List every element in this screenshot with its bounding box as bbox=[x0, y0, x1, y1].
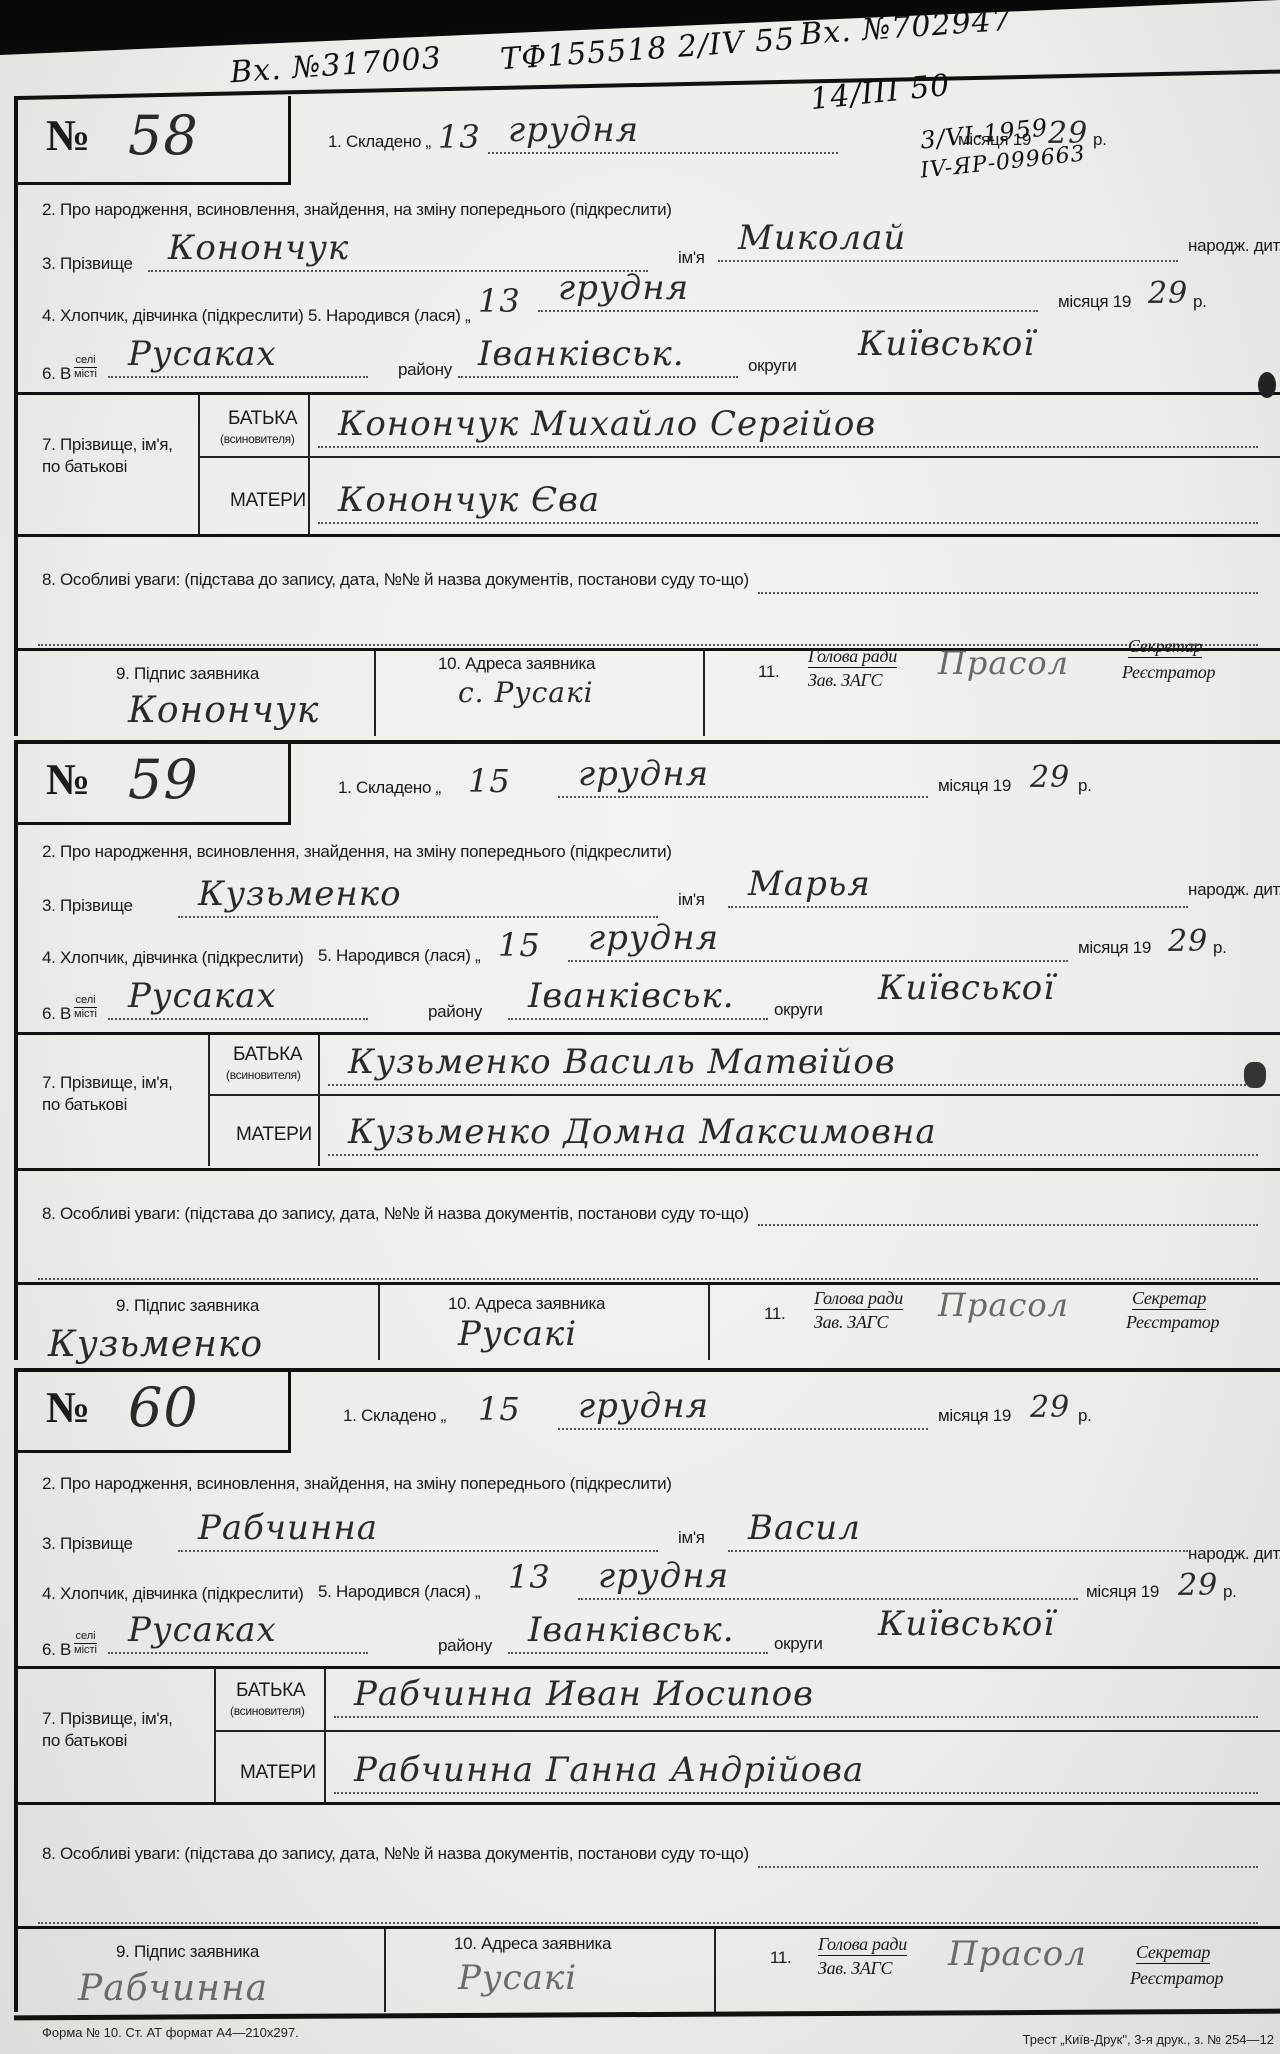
address-label: 10. Адреса заявника bbox=[454, 1934, 611, 1954]
registrar-label: Реєстратор bbox=[1126, 1312, 1219, 1333]
born-child-label: народж. дит. bbox=[1188, 236, 1280, 256]
born-day: 13 bbox=[478, 282, 521, 320]
head-signature: Прасол bbox=[938, 1286, 1069, 1324]
born-month: грудня bbox=[598, 1556, 729, 1596]
village-city-fraction: селі місті bbox=[74, 1630, 97, 1657]
surname-value: Рабчинна bbox=[198, 1508, 378, 1548]
record-number: 60 bbox=[128, 1376, 199, 1439]
registrar-label: Реєстратор bbox=[1130, 1968, 1223, 1989]
born-child-label: народж. дит. bbox=[1188, 880, 1280, 900]
form-footer-left: Форма № 10. Ст. АТ формат А4—210х297. bbox=[42, 2025, 299, 2040]
okrug-value: Київської bbox=[858, 324, 1035, 364]
born-label: 5. Народився (лася) „ bbox=[318, 1582, 480, 1602]
record-number: 59 bbox=[128, 748, 199, 811]
year-suffix: р. bbox=[1078, 1406, 1092, 1426]
father-label: БАТЬКА bbox=[233, 1044, 302, 1066]
village-label: селі bbox=[74, 994, 97, 1008]
surname-value: Кузьменко bbox=[198, 874, 402, 914]
record-60: № 60 1. Складено „ 15 грудня місяця 19 2… bbox=[14, 1368, 1280, 2012]
record-type-label: 2. Про народження, всиновлення, знайденн… bbox=[42, 842, 672, 862]
record-number: 58 bbox=[128, 104, 199, 167]
year-suffix: р. bbox=[1223, 1582, 1237, 1602]
number-sign: № bbox=[46, 110, 90, 161]
notes-label: 8. Особливі уваги: (підстава до запису, … bbox=[42, 570, 749, 590]
district-label: району bbox=[428, 1002, 482, 1022]
mother-label: МАТЕРИ bbox=[236, 1124, 312, 1146]
month-year-label: місяця 19 bbox=[958, 130, 1031, 150]
village-label: селі bbox=[74, 354, 97, 368]
district-label: району bbox=[398, 360, 452, 380]
applicant-signature: Кузьменко bbox=[48, 1324, 263, 1365]
parents-label: 7. Прізвище, ім'я, по батькові bbox=[42, 1708, 192, 1752]
city-label: місті bbox=[74, 368, 97, 381]
secretary-label: Секретар bbox=[1132, 1288, 1206, 1310]
applicant-signature: Конончук bbox=[128, 690, 319, 731]
composed-month: грудня bbox=[508, 110, 639, 150]
born-label: 5. Народився (лася) „ bbox=[318, 946, 480, 966]
name-label: ім'я bbox=[678, 1528, 705, 1548]
official-number: 11. bbox=[758, 662, 779, 682]
in-label: 6. В bbox=[42, 364, 71, 384]
secretary-label: Секретар bbox=[1128, 636, 1202, 658]
register-page: Вх. №317003 ТФ155518 2/IV 55 Вх. №702947… bbox=[0, 0, 1280, 2054]
okrug-value: Київської bbox=[878, 1604, 1055, 1644]
born-year: 29 bbox=[1178, 1568, 1218, 1603]
record-number-box: № 58 bbox=[18, 96, 291, 185]
district-label: району bbox=[438, 1636, 492, 1656]
composed-day: 15 bbox=[478, 1390, 521, 1428]
father-label: БАТЬКА bbox=[236, 1680, 305, 1702]
in-label: 6. В bbox=[42, 1004, 71, 1024]
father-value: Кузьменко Василь Матвійов bbox=[348, 1042, 896, 1082]
mother-label: МАТЕРИ bbox=[230, 490, 306, 512]
first-name-value: Миколай bbox=[738, 218, 906, 258]
born-day: 13 bbox=[508, 1558, 551, 1596]
address-label: 10. Адреса заявника bbox=[448, 1294, 605, 1314]
okrug-value: Київської bbox=[878, 968, 1055, 1008]
adopter-label: (всиновителя) bbox=[230, 1704, 305, 1718]
year-suffix: р. bbox=[1093, 130, 1107, 150]
composed-month: грудня bbox=[578, 754, 709, 794]
record-58: № 58 1. Складено „ 13 грудня місяця 19 2… bbox=[14, 96, 1280, 736]
parents-label: 7. Прізвище, ім'я, по батькові bbox=[42, 1072, 192, 1116]
zags-label: Зав. ЗАГС bbox=[814, 1312, 888, 1333]
record-number-box: № 59 bbox=[18, 740, 291, 825]
month-year-label: місяця 19 bbox=[1058, 292, 1131, 312]
applicant-address: Русакі bbox=[458, 1958, 577, 1998]
year-suffix: р. bbox=[1213, 938, 1227, 958]
adopter-label: (всиновителя) bbox=[226, 1068, 301, 1082]
composed-day: 15 bbox=[468, 762, 511, 800]
city-label: місті bbox=[74, 1008, 97, 1021]
born-year: 29 bbox=[1148, 276, 1188, 311]
father-value: Конончук Михайло Сергійов bbox=[338, 404, 876, 444]
notes-label: 8. Особливі уваги: (підстава до запису, … bbox=[42, 1204, 749, 1224]
composed-year: 29 bbox=[1030, 760, 1070, 795]
gender-label: 4. Хлопчик, дівчинка (підкреслити) bbox=[42, 1584, 304, 1604]
first-name-value: Марья bbox=[748, 864, 871, 904]
first-name-value: Васил bbox=[748, 1508, 861, 1548]
composed-label: 1. Складено „ bbox=[343, 1406, 446, 1426]
month-year-label: місяця 19 bbox=[1078, 938, 1151, 958]
record-type-label: 2. Про народження, всиновлення, знайденн… bbox=[42, 1474, 672, 1494]
registrar-label: Реєстратор bbox=[1122, 662, 1215, 683]
applicant-signature: Рабчинна bbox=[78, 1968, 268, 2009]
village-label: селі bbox=[74, 1630, 97, 1644]
in-label: 6. В bbox=[42, 1640, 71, 1660]
composed-month: грудня bbox=[578, 1386, 709, 1426]
official-number: 11. bbox=[764, 1304, 785, 1324]
city-label: місті bbox=[74, 1644, 97, 1657]
village-value: Русаках bbox=[128, 334, 277, 374]
number-sign: № bbox=[46, 754, 90, 805]
form-footer-right: Трест „Київ-Друк", 3-я друк., з. № 254—1… bbox=[1023, 2032, 1274, 2047]
district-value: Іванківськ. bbox=[528, 1610, 735, 1650]
adopter-label: (всиновителя) bbox=[220, 432, 295, 446]
applicant-address: с. Русакі bbox=[458, 676, 594, 709]
signature-label: 9. Підпис заявника bbox=[116, 1296, 259, 1316]
born-day: 15 bbox=[498, 926, 541, 964]
ink-blot bbox=[1258, 372, 1276, 398]
parents-label: 7. Прізвище, ім'я, по батькові bbox=[42, 434, 192, 478]
surname-value: Конончук bbox=[168, 228, 349, 268]
year-suffix: р. bbox=[1193, 292, 1207, 312]
surname-label: 3. Прізвище bbox=[42, 1534, 133, 1554]
name-label: ім'я bbox=[678, 890, 705, 910]
composed-year: 29 bbox=[1048, 116, 1088, 151]
village-city-fraction: селі місті bbox=[74, 994, 97, 1021]
signature-label: 9. Підпис заявника bbox=[116, 664, 259, 684]
record-type-label: 2. Про народження, всиновлення, знайденн… bbox=[42, 200, 672, 220]
composed-label: 1. Складено „ bbox=[338, 778, 441, 798]
head-label: Голова ради bbox=[808, 646, 897, 668]
applicant-address: Русакі bbox=[458, 1314, 577, 1354]
secretary-label: Секретар bbox=[1136, 1942, 1210, 1964]
head-signature: Прасол bbox=[938, 644, 1069, 682]
father-label: БАТЬКА bbox=[228, 408, 297, 430]
year-suffix: р. bbox=[1078, 776, 1092, 796]
born-month: грудня bbox=[558, 268, 689, 308]
composed-year: 29 bbox=[1030, 1390, 1070, 1425]
head-signature: Прасол bbox=[948, 1934, 1087, 1974]
official-number: 11. bbox=[770, 1948, 791, 1968]
okrug-label: округи bbox=[748, 356, 797, 376]
notes-label: 8. Особливі уваги: (підстава до запису, … bbox=[42, 1844, 749, 1864]
village-value: Русаках bbox=[128, 1610, 277, 1650]
village-city-fraction: селі місті bbox=[74, 354, 97, 381]
mother-value: Кузьменко Домна Максимовна bbox=[348, 1112, 937, 1152]
district-value: Іванківськ. bbox=[528, 976, 735, 1016]
composed-label: 1. Складено „ bbox=[328, 132, 431, 152]
okrug-label: округи bbox=[774, 1000, 823, 1020]
month-year-label: місяця 19 bbox=[938, 1406, 1011, 1426]
surname-label: 3. Прізвище bbox=[42, 896, 133, 916]
born-child-label: народж. дит. bbox=[1188, 1544, 1280, 1564]
signature-label: 9. Підпис заявника bbox=[116, 1942, 259, 1962]
district-value: Іванківськ. bbox=[478, 334, 685, 374]
born-label: 5. Народився (лася) „ bbox=[308, 306, 470, 326]
born-year: 29 bbox=[1168, 924, 1208, 959]
month-year-label: місяця 19 bbox=[1086, 1582, 1159, 1602]
okrug-label: округи bbox=[774, 1634, 823, 1654]
gender-label: 4. Хлопчик, дівчинка (підкреслити) bbox=[42, 948, 304, 968]
surname-label: 3. Прізвище bbox=[42, 254, 133, 274]
mother-value: Рабчинна Ганна Андрійова bbox=[354, 1750, 864, 1790]
annotation-incoming-1: Вх. №317003 bbox=[229, 41, 443, 91]
head-label: Голова ради bbox=[814, 1288, 903, 1310]
ink-blot bbox=[1244, 1062, 1266, 1088]
head-label: Голова ради bbox=[818, 1934, 907, 1956]
name-label: ім'я bbox=[678, 248, 705, 268]
address-label: 10. Адреса заявника bbox=[438, 654, 595, 674]
mother-label: МАТЕРИ bbox=[240, 1762, 316, 1784]
born-month: грудня bbox=[588, 918, 719, 958]
father-value: Рабчинна Иван Иосипов bbox=[354, 1674, 814, 1714]
zags-label: Зав. ЗАГС bbox=[818, 1958, 892, 1979]
composed-day: 13 bbox=[438, 118, 481, 156]
zags-label: Зав. ЗАГС bbox=[808, 670, 882, 691]
record-number-box: № 60 bbox=[18, 1368, 291, 1453]
record-59: № 59 1. Складено „ 15 грудня місяця 19 2… bbox=[14, 740, 1280, 1360]
gender-label: 4. Хлопчик, дівчинка (підкреслити) bbox=[42, 306, 304, 326]
month-year-label: місяця 19 bbox=[938, 776, 1011, 796]
village-value: Русаках bbox=[128, 976, 277, 1016]
mother-value: Конончук Єва bbox=[338, 480, 600, 520]
number-sign: № bbox=[46, 1382, 90, 1433]
